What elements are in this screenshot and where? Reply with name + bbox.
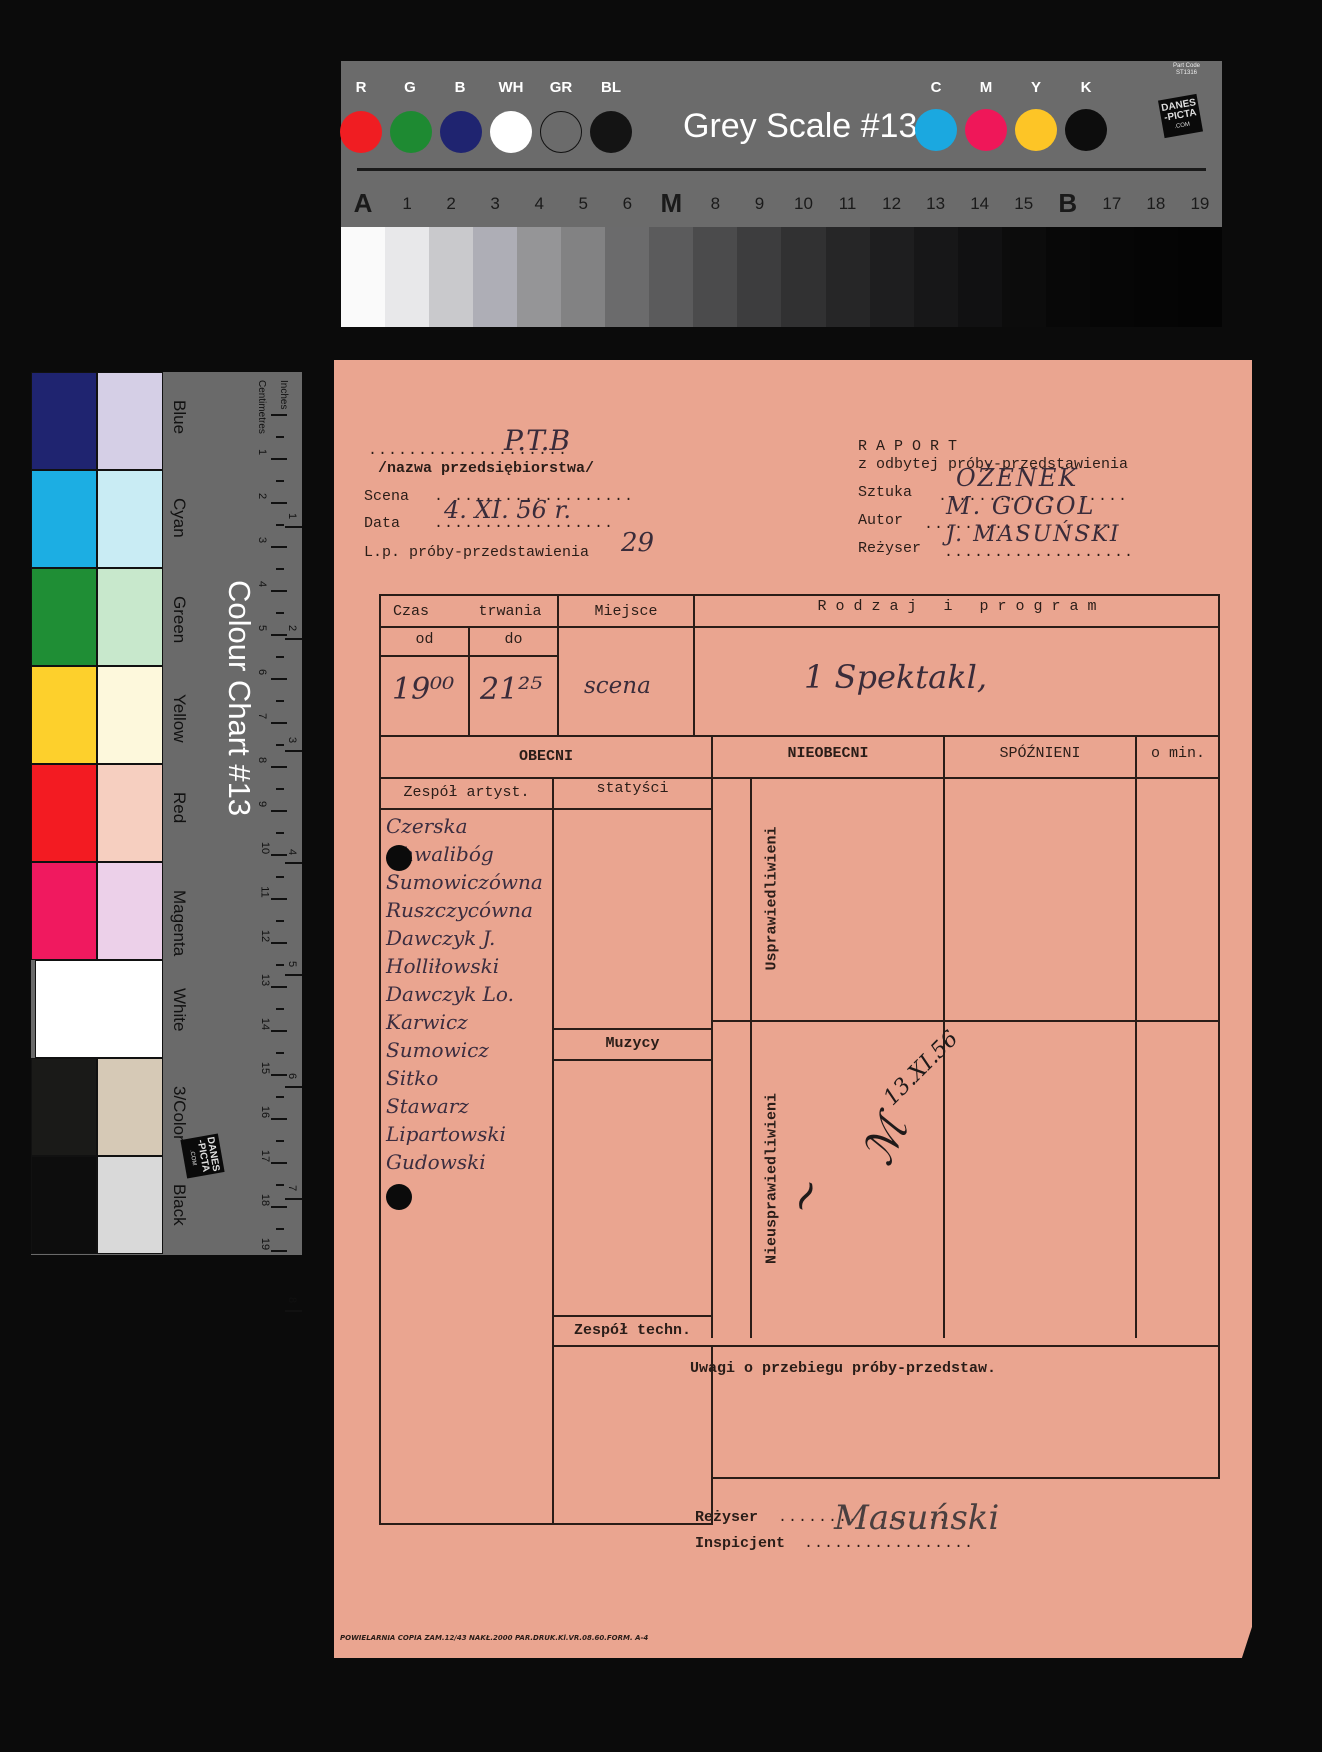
miejsce-value[interactable]: scena <box>584 673 651 699</box>
swatch-label-c: C <box>914 79 958 96</box>
swatch-white <box>490 111 532 153</box>
header-row-divider <box>379 626 1219 628</box>
colour-patch-yellow-tint <box>97 666 163 764</box>
swatch-red <box>340 111 382 153</box>
artist-list-item: Karwicz <box>386 1008 551 1036</box>
ruler-tick <box>276 1008 284 1010</box>
ruler: Centimetres Inches 123456789101112131415… <box>271 372 302 1255</box>
ruler-tick <box>276 876 284 878</box>
artist-list-item: Sitko <box>386 1064 551 1092</box>
grey-step <box>517 227 561 327</box>
scale-label: 8 <box>700 194 730 214</box>
ruler-tick <box>276 568 284 570</box>
grey-step <box>341 227 385 327</box>
ruler-inch-mark: 5 <box>286 961 298 967</box>
grey-scale-title: Grey Scale #13 <box>683 107 917 146</box>
autor-label: Autor <box>858 512 903 529</box>
colour-patch-cyan <box>31 470 97 568</box>
ruler-cm-mark: 7 <box>256 713 268 719</box>
colour-patch-red <box>31 764 97 862</box>
scale-label: 17 <box>1097 194 1127 214</box>
signature-initials: ~ <box>774 1167 836 1224</box>
grey-step <box>870 227 914 327</box>
printer-line: POWIELARNIA COPIA ZAM.12/43 NAKŁ.2000 PA… <box>340 1634 648 1642</box>
punch-hole-top <box>386 845 412 871</box>
do-label: do <box>470 631 557 648</box>
trwania-label: trwania <box>464 603 556 620</box>
rehearsal-report-document: P.T.B .................... /nazwa przeds… <box>334 360 1252 1658</box>
grey-step <box>385 227 429 327</box>
grey-step <box>1178 227 1222 327</box>
ruler-inch-tick <box>285 638 302 640</box>
ruler-tick <box>271 854 287 856</box>
ruler-inch-mark: 6 <box>286 1073 298 1079</box>
ruler-inch-tick <box>285 974 302 976</box>
obecni-right-border <box>711 735 713 1338</box>
scena-label: Scena <box>364 488 409 505</box>
ruler-inch-mark: 3 <box>286 737 298 743</box>
miejsce-right-border <box>693 594 695 736</box>
scale-label: 3 <box>480 194 510 214</box>
footer-rezyser-label: Reżyser <box>695 1509 758 1526</box>
artists-right-border <box>552 777 554 1525</box>
scale-label: 1 <box>392 194 422 214</box>
scale-label: 5 <box>568 194 598 214</box>
ruler-tick <box>271 722 287 724</box>
footer-inspicjent-label: Inspicjent <box>695 1535 785 1552</box>
miejsce-label: Miejsce <box>559 603 693 620</box>
grey-step <box>1046 227 1090 327</box>
grey-step-strip <box>341 227 1222 327</box>
obecni-label: OBECNI <box>381 748 711 765</box>
ruler-cm-mark: 13 <box>259 974 271 986</box>
swatch-label-g: G <box>388 79 432 96</box>
colour-name-label: Black <box>169 1184 189 1226</box>
artist-list-item: Gudowski <box>386 1148 551 1176</box>
ruler-tick <box>271 1162 287 1164</box>
divider-rule <box>357 168 1206 171</box>
zespol-techn-label: Zespół techn. <box>554 1322 711 1339</box>
swatch-key-black <box>1065 109 1107 151</box>
grey-step <box>1134 227 1178 327</box>
colour-patch-white <box>35 960 163 1058</box>
ruler-inch-mark: 4 <box>286 849 298 855</box>
grey-step <box>649 227 693 327</box>
part-code: Part Code ST1316 <box>1173 63 1200 77</box>
grey-scale-card: Part Code ST1316 R G B WH GR BL Grey Sca… <box>341 61 1222 227</box>
ruler-inch-mark: 2 <box>286 625 298 631</box>
ruler-tick <box>276 832 284 834</box>
ruler-inch-mark: 8 <box>286 1297 298 1303</box>
colour-patch-yellow <box>31 666 97 764</box>
colour-chart: Colour Chart #13 Centimetres Inches 1234… <box>31 372 302 1255</box>
scale-label: B <box>1053 188 1083 219</box>
swatch-label-y: Y <box>1014 79 1058 96</box>
swatch-label-k: K <box>1064 79 1108 96</box>
signature-mark: ℳ <box>852 1108 918 1172</box>
ruler-cm-mark: 19 <box>259 1238 271 1250</box>
ruler-tick <box>276 1096 284 1098</box>
od-label: od <box>381 631 468 648</box>
ruler-tick <box>276 1140 284 1142</box>
sztuka-value[interactable]: OŻENEK <box>956 464 1078 492</box>
colour-patch-magenta <box>31 862 97 960</box>
ruler-tick <box>276 436 284 438</box>
colour-name-label: Green <box>169 596 189 643</box>
scale-label: 2 <box>436 194 466 214</box>
techn-top <box>552 1315 712 1317</box>
ruler-tick <box>276 1184 284 1186</box>
ruler-cm-mark: 5 <box>256 625 268 631</box>
table-border-left <box>379 594 381 1524</box>
ruler-cm-mark: 14 <box>259 1018 271 1030</box>
swatch-grey <box>540 111 582 153</box>
ruler-tick <box>276 744 284 746</box>
grey-step <box>605 227 649 327</box>
colour-patch-3-color-tint <box>97 1058 163 1156</box>
lp-value[interactable]: 29 <box>621 528 654 558</box>
ruler-cm-mark: 18 <box>259 1194 271 1206</box>
punch-hole-bottom <box>386 1184 412 1210</box>
ruler-tick <box>276 480 284 482</box>
grey-step <box>1090 227 1134 327</box>
ruler-tick <box>271 810 287 812</box>
ruler-tick <box>271 986 287 988</box>
ruler-tick <box>271 898 287 900</box>
scale-label: 9 <box>744 194 774 214</box>
ruler-cm-mark: 2 <box>256 493 268 499</box>
swatch-yellow <box>1015 109 1057 151</box>
colour-name-label: 3/Color <box>169 1086 189 1141</box>
grey-step <box>1002 227 1046 327</box>
scale-label: A <box>348 188 378 219</box>
nieusprawiedliwieni-label: Nieusprawiedliwieni <box>764 1039 781 1319</box>
colour-patch-cyan-tint <box>97 470 163 568</box>
ruler-tick <box>271 942 287 944</box>
ruler-heading-in: Inches <box>278 380 289 409</box>
ruler-cm-mark: 8 <box>256 757 268 763</box>
artist-list-item: Lipartowski <box>386 1120 551 1148</box>
ruler-inch-tick <box>285 1198 302 1200</box>
ruler-tick <box>271 546 287 548</box>
ruler-cm-mark: 12 <box>259 930 271 942</box>
o-min-label: o min. <box>1137 745 1219 762</box>
ruler-tick <box>276 964 284 966</box>
colour-name-label: Red <box>169 792 189 823</box>
part-code-label: Part Code <box>1173 63 1200 70</box>
artist-list-item: Sumowicz <box>386 1036 551 1064</box>
artists-list: CzerskaChwalibógSumowiczównaRuszczycówna… <box>386 812 551 1176</box>
data-label: Data <box>364 515 400 532</box>
top-block-bottom <box>379 735 1219 737</box>
swatch-magenta <box>965 109 1007 151</box>
ruler-tick <box>276 700 284 702</box>
ruler-cm-mark: 9 <box>256 801 268 807</box>
grey-step <box>737 227 781 327</box>
statysci-label: statyści <box>554 780 711 797</box>
colour-patch-green-tint <box>97 568 163 666</box>
ruler-cm-mark: 3 <box>256 537 268 543</box>
uwagi-label: Uwagi o przebiegu próby-przedstaw. <box>690 1360 996 1377</box>
ruler-heading-cm: Centimetres <box>256 380 267 434</box>
ruler-tick <box>271 1074 287 1076</box>
ruler-tick <box>276 788 284 790</box>
signature-date: 13.XI.56 <box>879 1026 963 1110</box>
artist-list-item: Dawczyk Lo. <box>386 980 551 1008</box>
ruler-tick <box>271 634 287 636</box>
grey-step <box>429 227 473 327</box>
data-value[interactable]: 4. XI. 56 r. <box>444 496 571 524</box>
ruler-inch-mark: 1 <box>286 513 298 519</box>
artist-list-item: Holliłowski <box>386 952 551 980</box>
ruler-tick <box>271 1250 287 1252</box>
ruler-tick <box>276 612 284 614</box>
czas-text: Czas <box>393 603 429 620</box>
colour-name-label: Blue <box>169 400 189 434</box>
ruler-tick <box>276 656 284 658</box>
ruler-inch-tick <box>285 526 302 528</box>
colour-name-label: Yellow <box>169 694 189 743</box>
artist-list-item: Dawczyk J. <box>386 924 551 952</box>
swatch-label-wh: WH <box>489 79 533 96</box>
ruler-tick <box>276 920 284 922</box>
ruler-tick <box>271 1030 287 1032</box>
scale-label: 13 <box>921 194 951 214</box>
ruler-tick <box>271 414 287 416</box>
grey-step <box>473 227 517 327</box>
ruler-inch-tick <box>285 1310 302 1312</box>
colour-patch-black-tint <box>97 1156 163 1254</box>
colour-name-label: Cyan <box>169 498 189 538</box>
report-title: R A P O R T <box>858 438 957 455</box>
ruler-tick <box>271 458 287 460</box>
scale-label: 6 <box>612 194 642 214</box>
scale-label: 14 <box>965 194 995 214</box>
ruler-tick <box>271 502 287 504</box>
scale-label: 15 <box>1009 194 1039 214</box>
muzycy-label: Muzycy <box>554 1035 711 1052</box>
ruler-inch-tick <box>285 862 302 864</box>
section-header-divider <box>379 777 1219 779</box>
ruler-tick <box>271 1206 287 1208</box>
ruler-inch-tick <box>285 1086 302 1088</box>
excused-divider <box>711 1020 1219 1022</box>
scale-label: 4 <box>524 194 554 214</box>
usprawiedliwieni-label: Usprawiedliwieni <box>764 779 781 1019</box>
artist-list-item: Stawarz <box>386 1092 551 1120</box>
swatch-label-r: R <box>339 79 383 96</box>
ruler-inch-mark: 7 <box>286 1185 298 1191</box>
colour-name-label: Magenta <box>169 890 189 956</box>
muzycy-bottom <box>552 1059 712 1061</box>
swatch-label-b: B <box>438 79 482 96</box>
grey-step <box>914 227 958 327</box>
swatch-black <box>590 111 632 153</box>
od-value[interactable]: 19⁰⁰ <box>392 672 454 707</box>
lp-label: L.p. próby-przedstawienia <box>364 544 589 561</box>
table-border-bottom <box>379 1523 713 1525</box>
sztuka-label: Sztuka <box>858 484 912 501</box>
artist-list-item: Ruszczycówna <box>386 896 551 924</box>
artist-list-item: Czerska <box>386 812 551 840</box>
swatch-blue <box>440 111 482 153</box>
part-code-value: ST1316 <box>1173 70 1200 77</box>
scale-label: M <box>656 188 686 219</box>
ruler-cm-mark: 4 <box>256 581 268 587</box>
colour-chart-title: Colour Chart #13 <box>221 580 257 816</box>
ruler-cm-mark: 1 <box>256 449 268 455</box>
ruler-tick <box>271 590 287 592</box>
table-border-top <box>379 594 1219 596</box>
scale-label: 10 <box>789 194 819 214</box>
grey-step <box>826 227 870 327</box>
ruler-tick <box>271 766 287 768</box>
colour-patch-blue <box>31 372 97 470</box>
grey-step <box>958 227 1002 327</box>
ruler-cm-mark: 10 <box>259 842 271 854</box>
subheader-divider <box>379 808 711 810</box>
swatch-label-m: M <box>964 79 1008 96</box>
rodzaj-label: R o d z a j i p r o g r a m <box>695 598 1219 615</box>
do-value[interactable]: 21²⁵ <box>480 672 542 707</box>
spoznieni-right-border <box>1135 735 1137 1338</box>
colour-patch-3-color <box>31 1058 97 1156</box>
colour-name-label: White <box>169 988 189 1031</box>
ruler-cm-mark: 11 <box>259 886 271 897</box>
colour-patch-black <box>31 1156 97 1254</box>
swatch-label-gr: GR <box>539 79 583 96</box>
swatch-label-bl: BL <box>589 79 633 96</box>
ruler-tick <box>271 1118 287 1120</box>
footer-signature: Masuński <box>834 1498 999 1538</box>
colour-patch-blue-tint <box>97 372 163 470</box>
techn-bottom <box>552 1345 1220 1347</box>
grey-step <box>781 227 825 327</box>
swatch-green <box>390 111 432 153</box>
uwagi-bottom <box>711 1477 1220 1479</box>
grey-step <box>693 227 737 327</box>
scale-label: 11 <box>833 194 863 214</box>
danes-picta-logo: DANES -PICTA .COM <box>1158 94 1203 138</box>
ruler-inch-tick <box>285 750 302 752</box>
artist-list-item: Sumowiczówna <box>386 868 551 896</box>
ruler-cm-mark: 17 <box>259 1150 271 1162</box>
colour-patch-red-tint <box>97 764 163 862</box>
scale-label: 12 <box>877 194 907 214</box>
ruler-tick <box>276 1228 284 1230</box>
company-label: /nazwa przedsiębiorstwa/ <box>378 460 594 477</box>
vertical-label-col-border <box>750 777 752 1338</box>
grey-step <box>561 227 605 327</box>
scale-label: 19 <box>1185 194 1215 214</box>
ruler-tick <box>276 524 284 526</box>
scale-label: 18 <box>1141 194 1171 214</box>
nieobecni-label: NIEOBECNI <box>713 745 943 762</box>
rezyser-value[interactable]: J. MASUŃSKI <box>946 522 1121 547</box>
swatch-cyan <box>915 109 957 151</box>
ruler-cm-mark: 16 <box>259 1106 271 1118</box>
ruler-tick <box>276 1052 284 1054</box>
spoznieni-label: SPÓŹNIENI <box>945 745 1135 762</box>
rodzaj-value[interactable]: 1 Spektakl, <box>804 658 987 696</box>
colour-patch-magenta-tint <box>97 862 163 960</box>
autor-value[interactable]: M. GOGOL <box>946 492 1095 520</box>
ruler-cm-mark: 6 <box>256 669 268 675</box>
zespol-artyst-label: Zespół artyst. <box>381 784 552 801</box>
muzycy-top <box>552 1028 712 1030</box>
rezyser-label: Reżyser <box>858 540 921 557</box>
colour-patch-green <box>31 568 97 666</box>
ruler-cm-mark: 15 <box>259 1062 271 1074</box>
ruler-tick <box>271 678 287 680</box>
company-dots: .................... <box>368 442 568 459</box>
